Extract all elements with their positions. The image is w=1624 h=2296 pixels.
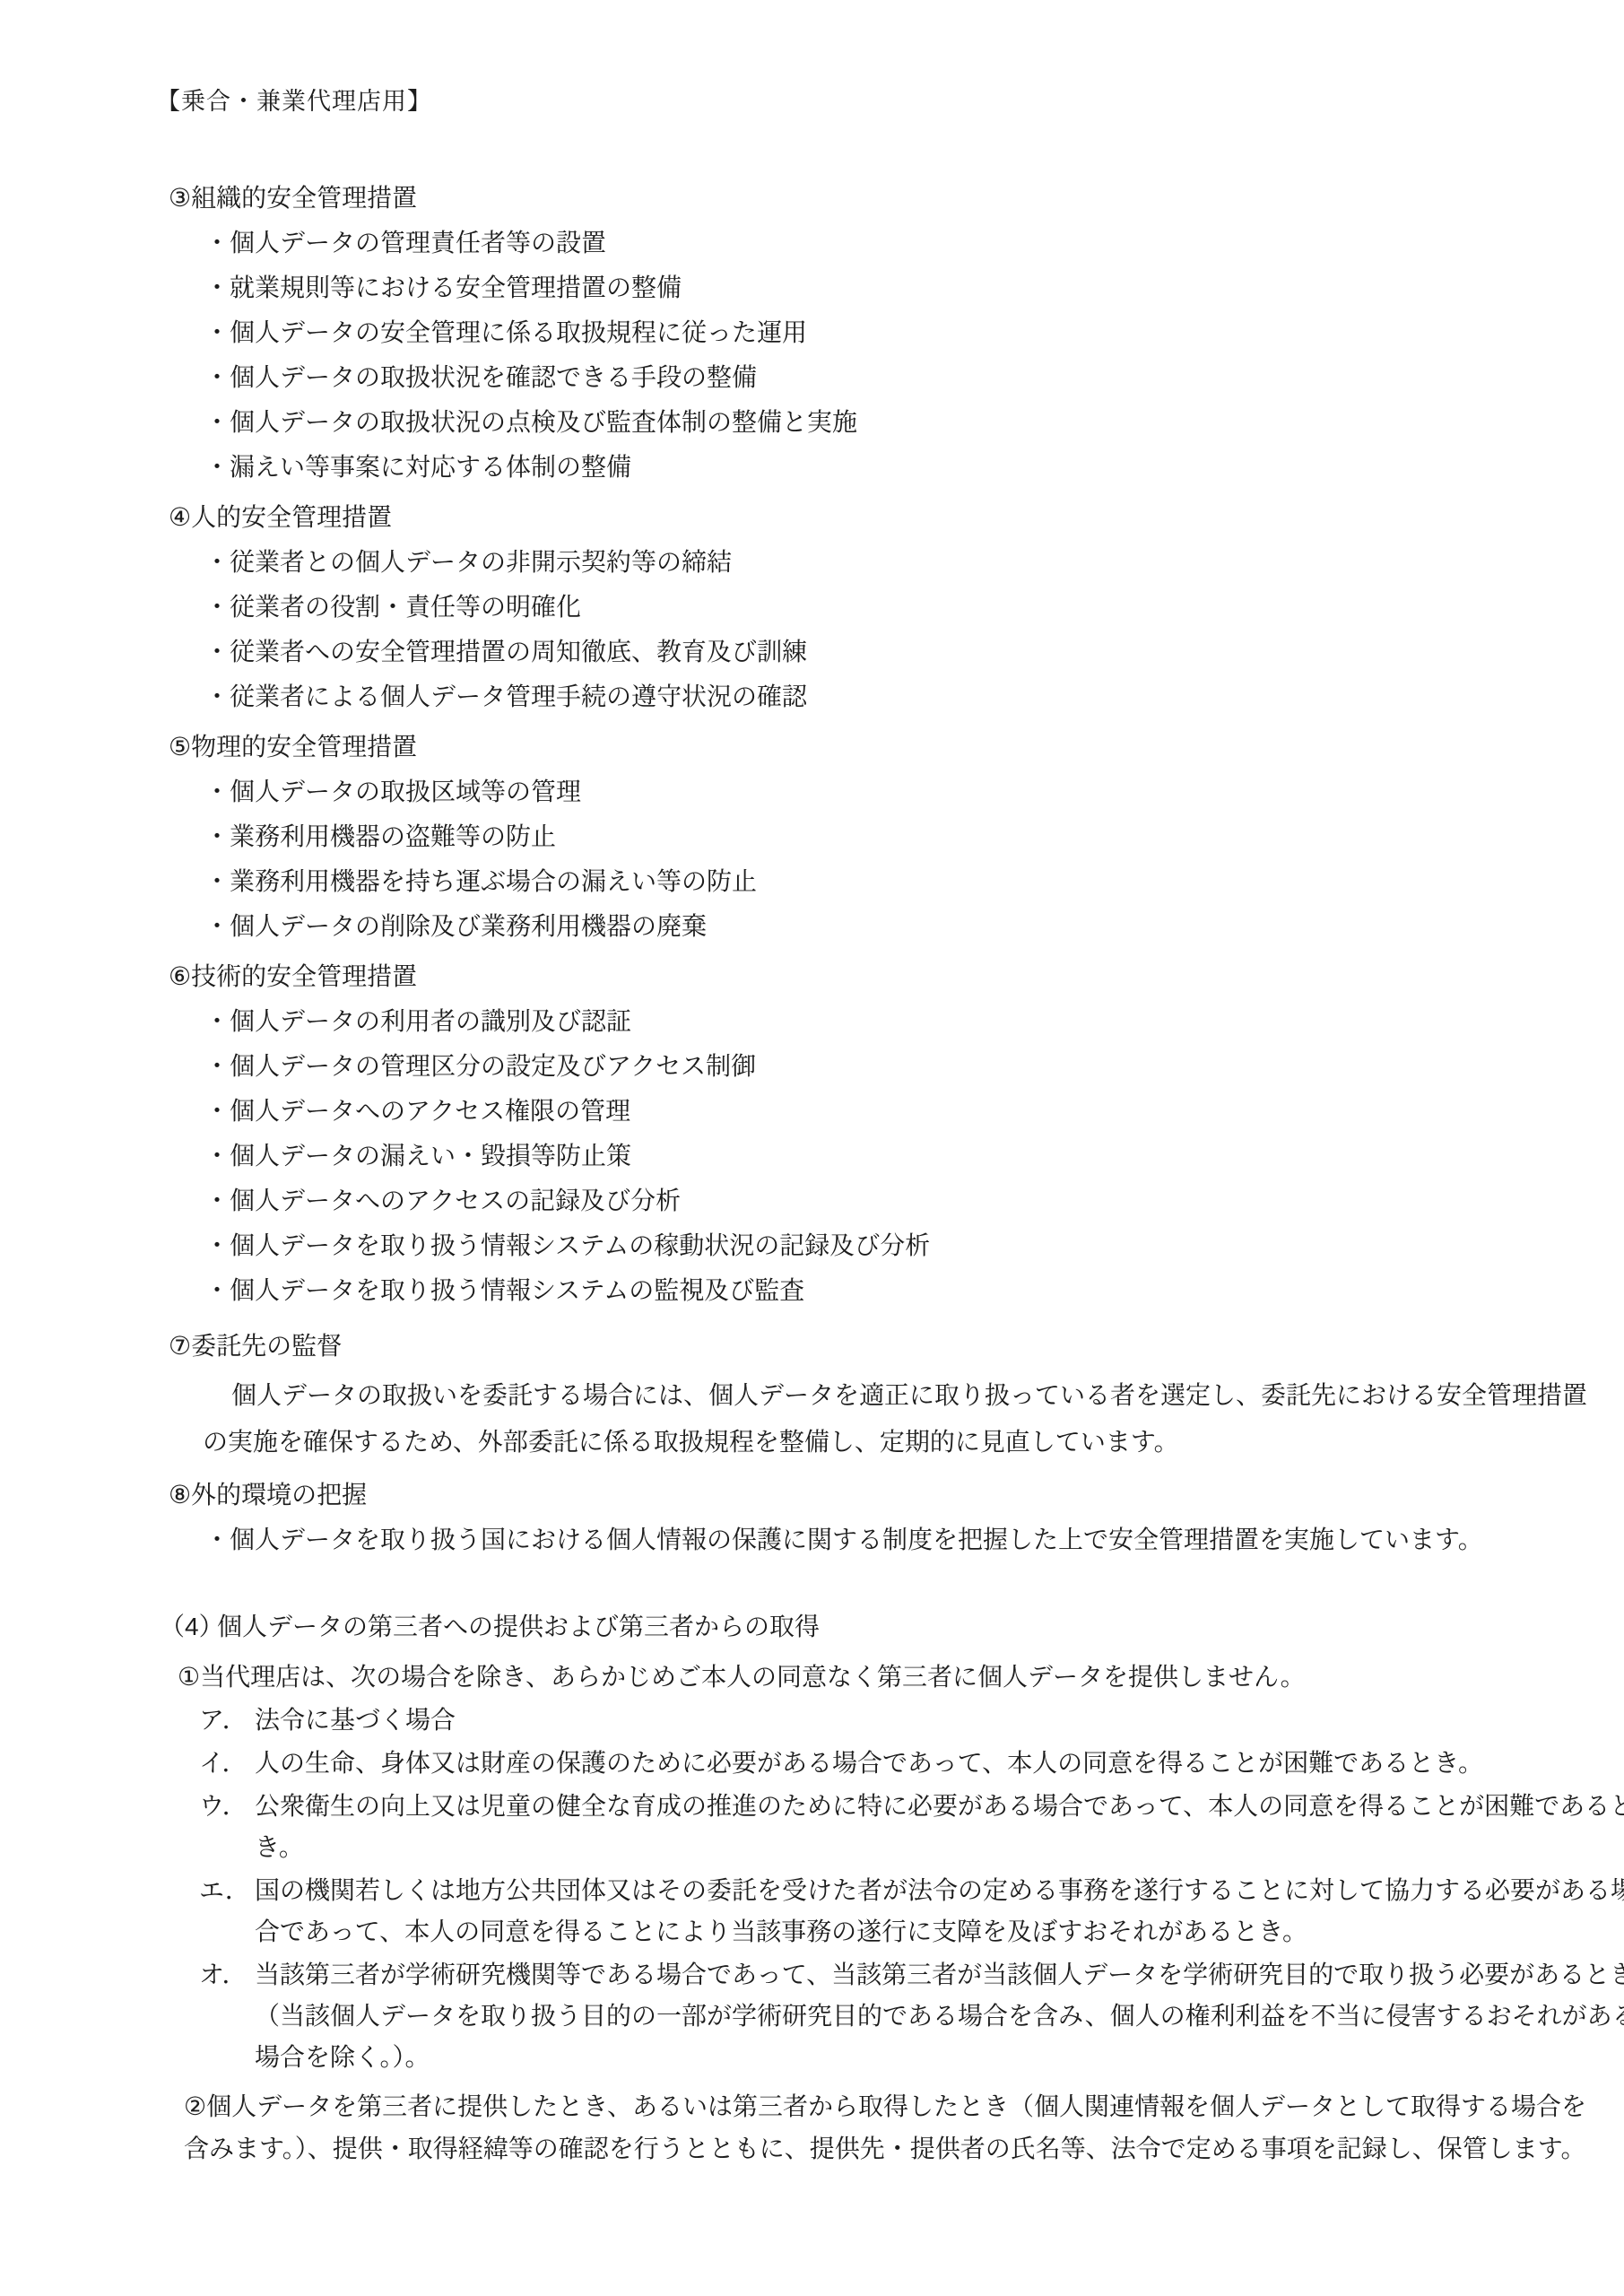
section-title: ⑤物理的安全管理措置	[169, 725, 1624, 770]
bullet-item: ・従業者との個人データの非開示契約等の締結	[204, 540, 1624, 585]
page-header: 【乗合・兼業代理店用】	[156, 0, 1624, 117]
case-text: 当該第三者が学術研究機関等である場合であって、当該第三者が当該個人データを学術研…	[255, 1961, 1624, 2071]
bullet-item: ・個人データの漏えい・毀損等防止策	[204, 1134, 1624, 1178]
case-text: 公衆衛生の向上又は児童の健全な育成の推進のために特に必要がある場合であって、本人…	[255, 1792, 1624, 1861]
provision-item-1: ①当代理店は、次の場合を除き、あらかじめご本人の同意なく第三者に個人データを提供…	[178, 1656, 1599, 1698]
section-title: ⑥技術的安全管理措置	[169, 954, 1624, 999]
third-party-provision-section: （4）個人データの第三者への提供および第三者からの取得 ①当代理店は、次の場合を…	[0, 1605, 1624, 2170]
bullet-item: ・個人データの管理区分の設定及びアクセス制御	[204, 1044, 1624, 1089]
case-item-e: エ．国の機関若しくは地方公共団体又はその委託を受けた者が法令の定める事務を遂行す…	[199, 1870, 1624, 1952]
section-technical: ⑥技術的安全管理措置 ・個人データの利用者の識別及び認証 ・個人データの管理区分…	[0, 954, 1624, 1313]
bullet-item: ・個人データを取り扱う情報システムの監視及び監査	[204, 1268, 1624, 1313]
section-external-environment: ⑧外的環境の把握 ・個人データを取り扱う国における個人情報の保護に関する制度を把…	[0, 1473, 1624, 1562]
exception-case-list: ア．法令に基づく場合 イ．人の生命、身体又は財産の保護のために必要がある場合であ…	[0, 1700, 1624, 2078]
bullet-item: ・従業者による個人データ管理手続の遵守状況の確認	[204, 674, 1624, 719]
bullet-item: ・業務利用機器を持ち運ぶ場合の漏えい等の防止	[204, 859, 1624, 904]
section-outsourcing-supervision: ⑦委託先の監督 個人データの取扱いを委託する場合には、個人データを適正に取り扱っ…	[0, 1324, 1624, 1465]
security-measures-list: ③組織的安全管理措置 ・個人データの管理責任者等の設置 ・就業規則等における安全…	[0, 176, 1624, 1562]
section-personnel: ④人的安全管理措置 ・従業者との個人データの非開示契約等の締結 ・従業者の役割・…	[0, 495, 1624, 719]
provision-item-2-text: 個人データを第三者に提供したとき、あるいは第三者から取得したとき（個人関連情報を…	[184, 2092, 1586, 2162]
bullet-item: ・漏えい等事案に対応する体制の整備	[204, 445, 1624, 490]
bullet-item: ・業務利用機器の盗難等の防止	[204, 814, 1624, 859]
case-label: エ．	[199, 1870, 255, 1911]
case-text: 人の生命、身体又は財産の保護のために必要がある場合であって、本人の同意を得ること…	[255, 1749, 1483, 1777]
outsourcing-paragraph: 個人データの取扱いを委託する場合には、個人データを適正に取り扱っている者を選定し…	[203, 1372, 1593, 1465]
bullet-item: ・個人データを取り扱う情報システムの稼動状況の記録及び分析	[204, 1223, 1624, 1268]
bullet-item: ・個人データへのアクセスの記録及び分析	[204, 1178, 1624, 1223]
bullet-item: ・従業者の役割・責任等の明確化	[204, 585, 1624, 630]
bullet-item: ・個人データの取扱状況の点検及び監査体制の整備と実施	[204, 400, 1624, 445]
case-text: 国の機関若しくは地方公共団体又はその委託を受けた者が法令の定める事務を遂行するこ…	[255, 1876, 1624, 1945]
case-item-a: ア．法令に基づく場合	[199, 1700, 1624, 1741]
provision-item-1-label: ①	[178, 1663, 200, 1691]
third-party-heading-text: 個人データの第三者への提供および第三者からの取得	[217, 1613, 820, 1640]
document-page: 【乗合・兼業代理店用】 ③組織的安全管理措置 ・個人データの管理責任者等の設置 …	[0, 0, 1624, 2296]
section-physical: ⑤物理的安全管理措置 ・個人データの取扱区域等の管理 ・業務利用機器の盗難等の防…	[0, 725, 1624, 949]
bullet-item: ・個人データの取扱状況を確認できる手段の整備	[204, 355, 1624, 400]
case-label: オ．	[199, 1954, 255, 1996]
section-title: ⑧外的環境の把握	[169, 1473, 1624, 1518]
bullet-item: ・個人データの利用者の識別及び認証	[204, 999, 1624, 1044]
case-item-u: ウ．公衆衛生の向上又は児童の健全な育成の推進のために特に必要がある場合であって、…	[199, 1786, 1624, 1868]
bullet-item: ・個人データを取り扱う国における個人情報の保護に関する制度を把握した上で安全管理…	[204, 1518, 1624, 1562]
bullet-item: ・個人データへのアクセス権限の管理	[204, 1089, 1624, 1134]
provision-item-2: ②個人データを第三者に提供したとき、あるいは第三者から取得したとき（個人関連情報…	[184, 2085, 1605, 2170]
bullet-item: ・個人データの取扱区域等の管理	[204, 770, 1624, 814]
third-party-heading: （4）個人データの第三者への提供および第三者からの取得	[160, 1605, 1624, 1648]
section-title: ⑦委託先の監督	[169, 1324, 1624, 1369]
case-label: イ．	[199, 1743, 255, 1784]
section-organizational: ③組織的安全管理措置 ・個人データの管理責任者等の設置 ・就業規則等における安全…	[0, 176, 1624, 490]
bullet-item: ・個人データの管理責任者等の設置	[204, 221, 1624, 265]
case-text: 法令に基づく場合	[255, 1706, 456, 1734]
provision-item-2-label: ②	[184, 2092, 206, 2120]
bullet-item: ・個人データの安全管理に係る取扱規程に従った運用	[204, 310, 1624, 355]
third-party-heading-number: （4）	[160, 1605, 217, 1648]
case-item-o: オ．当該第三者が学術研究機関等である場合であって、当該第三者が当該個人データを学…	[199, 1954, 1624, 2078]
bullet-item: ・個人データの削除及び業務利用機器の廃棄	[204, 904, 1624, 949]
case-label: ウ．	[199, 1786, 255, 1827]
provision-item-1-text: 当代理店は、次の場合を除き、あらかじめご本人の同意なく第三者に個人データを提供し…	[200, 1663, 1306, 1691]
section-title: ④人的安全管理措置	[169, 495, 1624, 540]
bullet-item: ・就業規則等における安全管理措置の整備	[204, 265, 1624, 310]
section-title: ③組織的安全管理措置	[169, 176, 1624, 221]
case-label: ア．	[199, 1700, 255, 1741]
case-item-i: イ．人の生命、身体又は財産の保護のために必要がある場合であって、本人の同意を得る…	[199, 1743, 1624, 1784]
bullet-item: ・従業者への安全管理措置の周知徹底、教育及び訓練	[204, 630, 1624, 674]
